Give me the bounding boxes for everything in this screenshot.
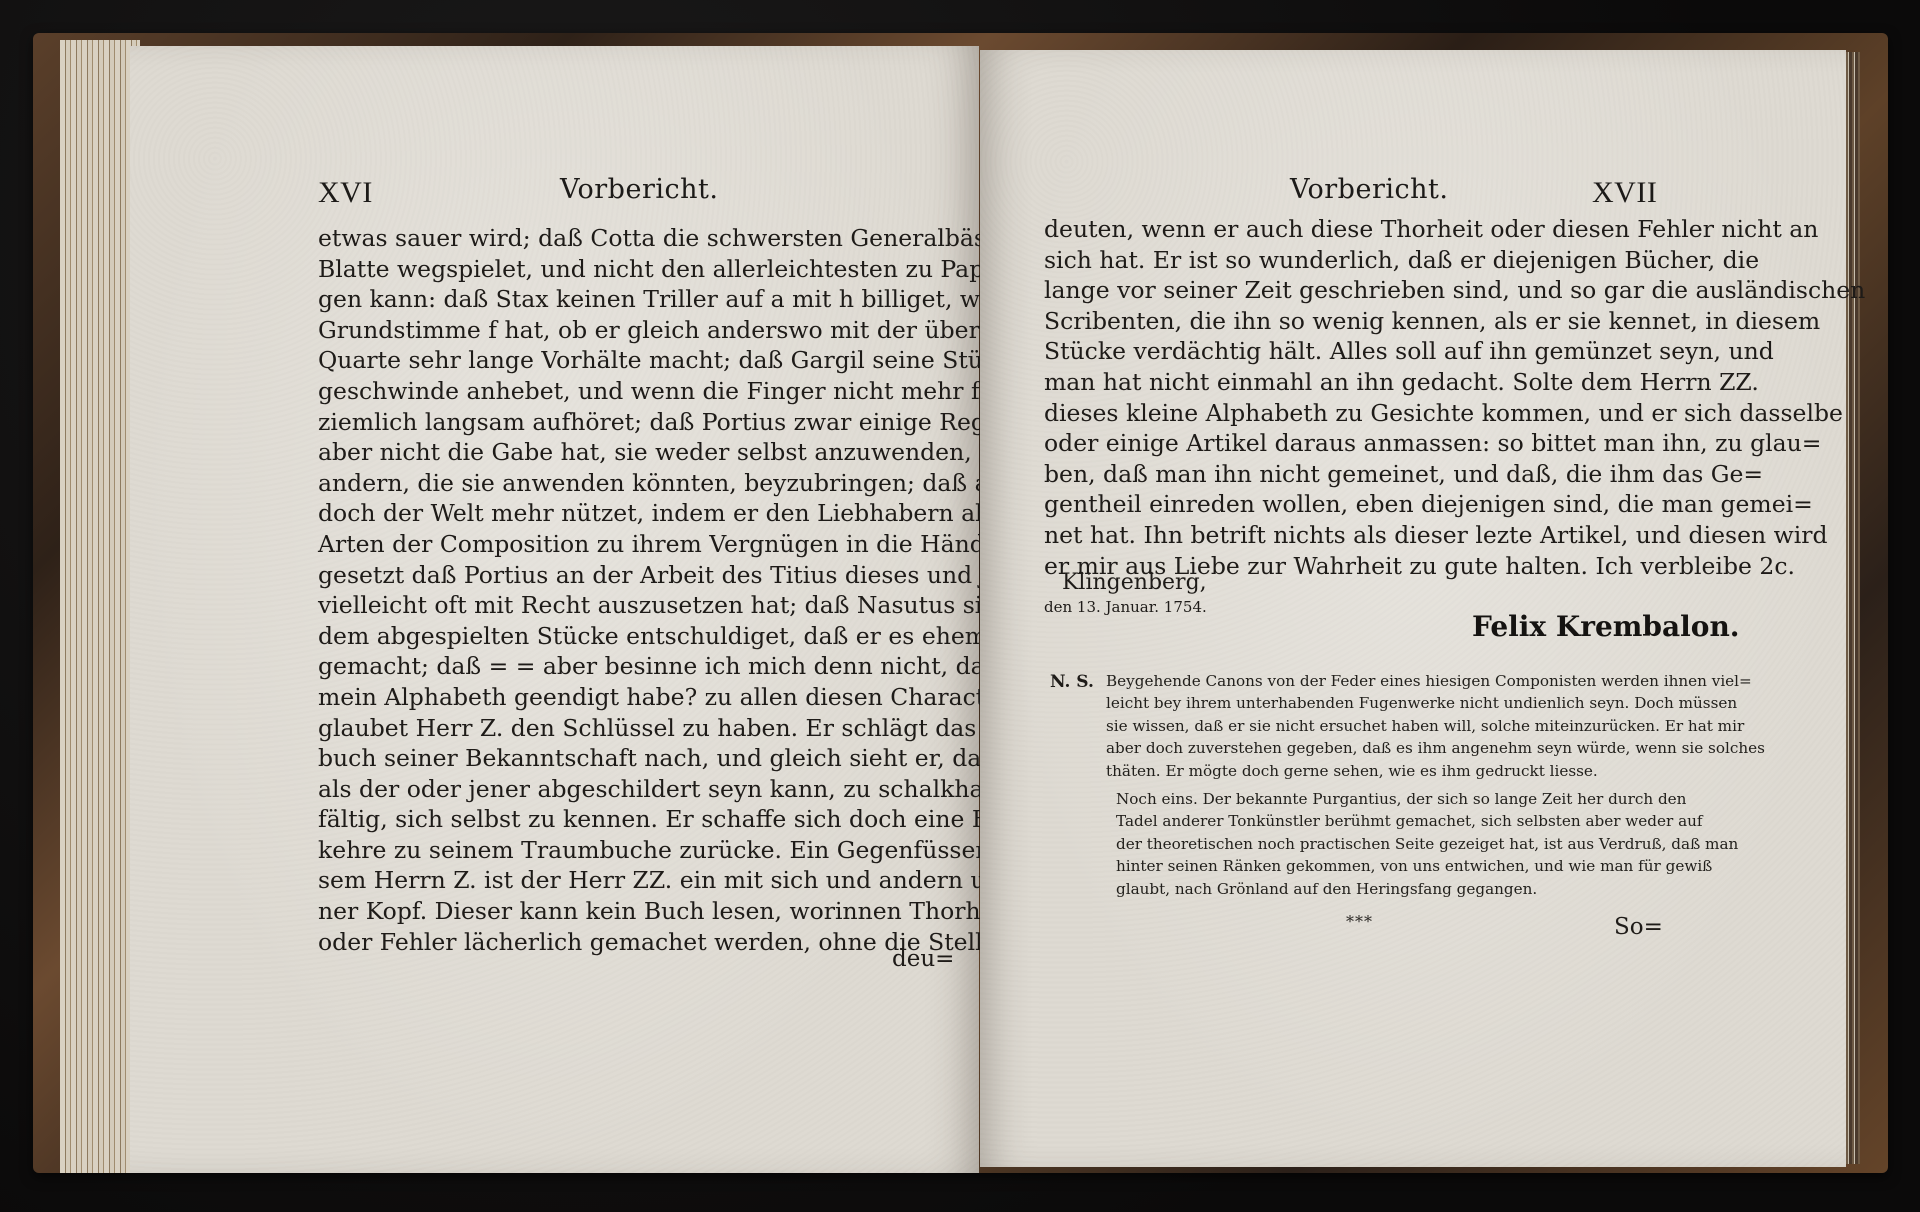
- text-line: oder einige Artikel daraus anmassen: so …: [1044, 428, 1656, 459]
- text-line: buch seiner Bekanntschaft nach, und glei…: [318, 743, 932, 774]
- footnote-text: Beygehende Canons von der Feder eines hi…: [1106, 670, 1644, 782]
- running-head-right: Vorbericht.: [1290, 174, 1448, 205]
- footnote-mark: N. S.: [1050, 672, 1094, 692]
- text-line: kehre zu seinem Traumbuche zurücke. Ein …: [318, 835, 932, 866]
- text-line: gentheil einreden wollen, eben diejenige…: [1044, 489, 1656, 520]
- letter-date: den 13. Januar. 1754.: [1044, 598, 1207, 616]
- text-line: deuten, wenn er auch diese Thorheit oder…: [1044, 214, 1656, 245]
- text-line: als der oder jener abgeschildert seyn ka…: [318, 774, 932, 805]
- footnote-line: Beygehende Canons von der Feder eines hi…: [1106, 670, 1644, 692]
- text-line: glaubet Herr Z. den Schlüssel zu haben. …: [318, 713, 932, 744]
- text-line: Arten der Composition zu ihrem Vergnügen…: [318, 529, 932, 560]
- text-line: Scribenten, die ihn so wenig kennen, als…: [1044, 306, 1656, 337]
- text-line: ben, daß man ihn nicht gemeinet, und daß…: [1044, 459, 1656, 490]
- text-line: Grundstimme f hat, ob er gleich anderswo…: [318, 315, 932, 346]
- author-signature: Felix Krembalon.: [1472, 610, 1740, 643]
- postscript-line: der theoretischen noch practischen Seite…: [1116, 833, 1644, 855]
- text-line: fältig, sich selbst zu kennen. Er schaff…: [318, 804, 932, 835]
- text-line: Blatte wegspielet, und nicht den allerle…: [318, 254, 932, 285]
- text-line: mein Alphabeth geendigt habe? zu allen d…: [318, 682, 932, 713]
- text-line: Quarte sehr lange Vorhälte macht; daß Ga…: [318, 345, 932, 376]
- text-line: geschwinde anhebet, und wenn die Finger …: [318, 376, 932, 407]
- text-line: vielleicht oft mit Recht auszusetzen hat…: [318, 590, 932, 621]
- postscript-line: hinter seinen Ränken gekommen, von uns e…: [1116, 855, 1644, 877]
- footnote-line: aber doch zuverstehen gegeben, daß es ih…: [1106, 737, 1644, 759]
- text-line: oder Fehler lächerlich gemachet werden, …: [318, 927, 932, 958]
- section-separator: ***: [1346, 912, 1373, 931]
- text-line: dem abgespielten Stücke entschuldiget, d…: [318, 621, 932, 652]
- page-number-right: XVII: [1592, 176, 1657, 210]
- text-line: gemacht; daß = = aber besinne ich mich d…: [318, 651, 932, 682]
- footnote-line: sie wissen, daß er sie nicht ersuchet ha…: [1106, 715, 1644, 737]
- postscript-line: glaubt, nach Grönland auf den Heringsfan…: [1116, 878, 1644, 900]
- text-line: ziemlich langsam aufhöret; daß Portius z…: [318, 407, 932, 438]
- postscript-text: Noch eins. Der bekannte Purgantius, der …: [1116, 788, 1644, 900]
- text-line: gen kann: daß Stax keinen Triller auf a …: [318, 284, 932, 315]
- text-line: lange vor seiner Zeit geschrieben sind, …: [1044, 275, 1656, 306]
- catchword-right: So=: [1614, 914, 1663, 940]
- catchword-left: deu=: [892, 946, 954, 972]
- page-block-edge-right: [1846, 52, 1860, 1164]
- footnote-line: leicht bey ihrem unterhabenden Fugenwerk…: [1106, 692, 1644, 714]
- place-name: Klingenberg,: [1062, 570, 1207, 595]
- footnote-line: thäten. Er mögte doch gerne sehen, wie e…: [1106, 760, 1644, 782]
- right-page: Vorbericht. XVII deuten, wenn er auch di…: [980, 50, 1846, 1167]
- text-line: andern, die sie anwenden könnten, beyzub…: [318, 468, 932, 499]
- text-line: Stücke verdächtig hält. Alles soll auf i…: [1044, 336, 1656, 367]
- text-line: sich hat. Er ist so wunderlich, daß er d…: [1044, 245, 1656, 276]
- text-line: dieses kleine Alphabeth zu Gesichte komm…: [1044, 398, 1656, 429]
- page-number-left: XVI: [318, 176, 373, 210]
- left-body-text: etwas sauer wird; daß Cotta die schwerst…: [318, 223, 932, 957]
- text-line: aber nicht die Gabe hat, sie weder selbs…: [318, 437, 932, 468]
- text-line: ner Kopf. Dieser kann kein Buch lesen, w…: [318, 896, 932, 927]
- postscript-line: Tadel anderer Tonkünstler berühmt gemach…: [1116, 810, 1644, 832]
- text-line: doch der Welt mehr nützet, indem er den …: [318, 498, 932, 529]
- postscript-line: Noch eins. Der bekannte Purgantius, der …: [1116, 788, 1644, 810]
- text-line: net hat. Ihn betrift nichts als dieser l…: [1044, 520, 1656, 551]
- text-line: sem Herrn Z. ist der Herr ZZ. ein mit si…: [318, 865, 932, 896]
- right-body-text: deuten, wenn er auch diese Thorheit oder…: [1044, 214, 1656, 581]
- page-block-edge-left: [60, 40, 140, 1173]
- left-page: XVI Vorbericht. etwas sauer wird; daß Co…: [130, 46, 979, 1173]
- text-line: etwas sauer wird; daß Cotta die schwerst…: [318, 223, 932, 254]
- text-line: gesetzt daß Portius an der Arbeit des Ti…: [318, 560, 932, 591]
- running-head-left: Vorbericht.: [560, 174, 718, 205]
- text-line: man hat nicht einmahl an ihn gedacht. So…: [1044, 367, 1656, 398]
